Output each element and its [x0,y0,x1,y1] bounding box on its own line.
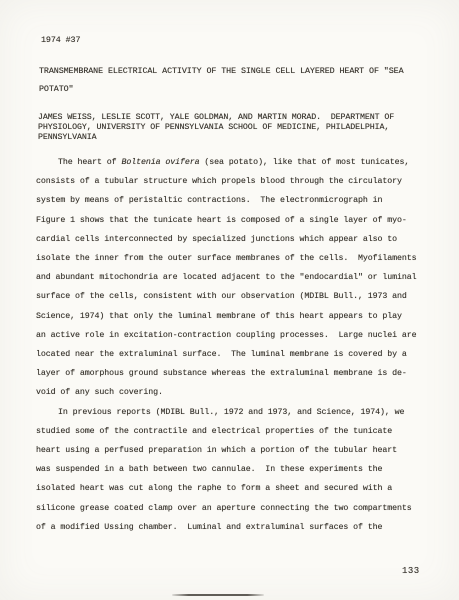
body-line: system by means of peristaltic contracti… [36,191,438,210]
abstract-body: The heart of Boltenia ovifera (sea potat… [36,153,438,537]
report-number: 1974 #37 [41,35,80,45]
body-line: Figure 1 shows that the tunicate heart i… [36,211,438,230]
document-title: TRANSMEMBRANE ELECTRICAL ACTIVITY OF THE… [39,62,444,98]
title-line-2: POTATO" [39,80,444,98]
document-page: 1974 #37 TRANSMEMBRANE ELECTRICAL ACTIVI… [0,0,459,600]
body-text: (sea potato), like that of most tunicate… [200,158,410,167]
body-line: an active role in excitation-contraction… [36,326,438,345]
species-name-italic: Boltenia ovifera [121,158,199,167]
author-line-2: PHYSIOLOGY, UNIVERSITY OF PENNSYLVANIA S… [38,123,443,133]
body-line: located near the extraluminal surface. T… [36,345,438,364]
body-text: The heart of [58,158,121,167]
body-line: consists of a tubular structure which pr… [36,172,438,191]
body-line: silicone grease coated clamp over an ape… [36,499,438,518]
body-line: studied some of the contractile and elec… [36,422,438,441]
body-line: cardial cells interconnected by speciali… [36,230,438,249]
body-line: of a modified Ussing chamber. Luminal an… [36,518,438,537]
scan-artifact-line [172,594,264,596]
author-affiliation-block: JAMES WEISS, LESLIE SCOTT, YALE GOLDMAN,… [38,113,443,142]
body-line: The heart of Boltenia ovifera (sea potat… [36,153,438,172]
body-line: isolate the inner from the outer surface… [36,249,438,268]
body-line: and abundant mitochondria are located ad… [36,268,438,287]
body-line: surface of the cells, consistent with ou… [36,287,438,306]
title-line-1: TRANSMEMBRANE ELECTRICAL ACTIVITY OF THE… [39,62,444,80]
body-line: In previous reports (MDIBL Bull., 1972 a… [36,403,438,422]
page-number: 133 [402,566,420,576]
body-line: isolated heart was cut along the raphe t… [36,479,438,498]
body-line: heart using a perfused preparation in wh… [36,441,438,460]
body-line: was suspended in a bath between two cann… [36,460,438,479]
body-line: layer of amorphous ground substance wher… [36,364,438,383]
body-line: Science, 1974) that only the luminal mem… [36,307,438,326]
body-line: void of any such covering. [36,383,438,402]
author-line-1: JAMES WEISS, LESLIE SCOTT, YALE GOLDMAN,… [38,113,443,123]
author-line-3: PENNSYLVANIA [38,133,443,143]
